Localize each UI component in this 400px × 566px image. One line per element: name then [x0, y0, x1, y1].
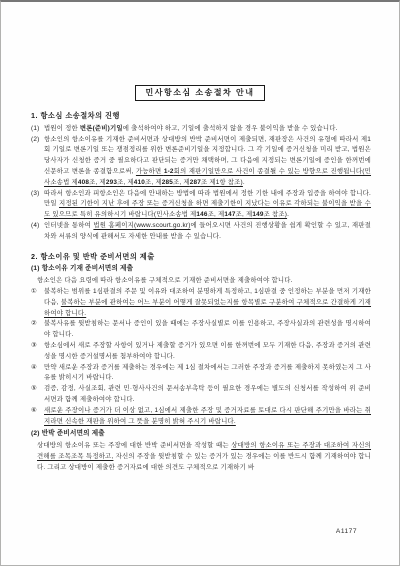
page-number: A1177 — [336, 528, 357, 535]
text-segment: 법원 홈페이지(www.scourt.go.kr) — [93, 222, 190, 229]
paragraph-marker: ⑤ — [31, 384, 37, 395]
paragraph: (2)항소인의 항소이유를 기재한 준비서면과 상대방의 반박 준비서면이 제출… — [31, 135, 371, 189]
document-page: 민사항소심 소송절차 안내 1. 항소심 소송절차의 진행 (1)법원이 정한 … — [0, 0, 400, 566]
paragraph-marker: (4) — [31, 221, 39, 232]
text-segment: 285 — [162, 179, 173, 186]
text-segment: 만약 새로운 주장과 증거를 제출하는 경우에는 제 1심 절차에서는 그러한 … — [44, 364, 371, 382]
title-row: 민사항소심 소송절차 안내 — [1, 82, 399, 101]
text-segment: 인터넷을 통하여 — [44, 222, 93, 229]
text-segment: 조 제1항 참조) — [201, 179, 243, 186]
section-1-heading: 1. 항소심 소송절차의 진행 — [31, 111, 371, 122]
text-segment: 조, 제 — [117, 179, 134, 186]
text-segment: 항소심에서 새로 주장할 사항이 있거나 제출할 증거가 있으면 이를 한꺼번에… — [44, 342, 371, 360]
paragraph-marker: (3) — [31, 189, 39, 200]
text-segment: 287 — [190, 179, 201, 186]
text-segment: 조, 제 — [208, 211, 225, 218]
text-segment: 410 — [134, 179, 145, 186]
text-segment: 147 — [224, 211, 235, 218]
paragraph: ③항소심에서 새로 주장할 사항이 있거나 제출할 증거가 있으면 이를 한꺼번… — [31, 341, 371, 363]
text-segment: 불복사유를 뒷받침하는 문서나 증인이 있을 때에는 주장사실별로 이를 인용하… — [44, 320, 371, 338]
text-segment: 146 — [196, 211, 207, 218]
text-segment: 상대방의 항소이유 또는 주장에 대한 반박 준비서면을 작성할 때는 — [37, 442, 231, 449]
text-segment: 293 — [106, 179, 117, 186]
text-segment: . — [243, 179, 245, 186]
paragraph-marker: ③ — [31, 341, 37, 352]
paragraph-marker: ② — [31, 319, 37, 330]
text-segment: 불복하는 부분에 관하여는 어느 부분이 어떻게 잘못되었는지를 항목별로 구분… — [44, 299, 371, 317]
section-1-paragraphs: (1)법원이 정한 변론(준비)기일에 출석하여야 하고, 기일에 출석하지 않… — [31, 124, 371, 243]
document-title: 민사항소심 소송절차 안내 — [135, 85, 266, 101]
section-2-sub1-heading: (1) 항소이유 기재 준비서면의 제출 — [31, 264, 371, 275]
text-segment: 1-2 — [164, 168, 174, 175]
paragraph: ⑥새로운 주장이나 증거가 더 이상 없고, 1심에서 제출한 주장 및 증거자… — [31, 406, 371, 428]
paragraph-marker: ⑥ — [31, 406, 37, 417]
paragraph: (1)법원이 정한 변론(준비)기일에 출석하여야 하고, 기일에 출석하지 않… — [31, 124, 371, 135]
section-2-sub1-items: ①불복하는 범위를 1심판결의 주문 및 이유와 대조하여 분명하게 특정하고,… — [31, 287, 371, 427]
paragraph: ②불복사유를 뒷받침하는 문서나 증인이 있을 때에는 주장사실별로 이를 인용… — [31, 319, 371, 341]
paragraph: (4)인터넷을 통하여 법원 홈페이지(www.scourt.go.kr)에 들… — [31, 221, 371, 243]
text-segment: 새로운 주장이나 증거가 더 이상 없고, 1심에서 제출한 주장 및 증거자료… — [44, 407, 371, 425]
paragraph: ⑤검증, 감정, 사실조회, 관련 민·형사사건의 문서송부촉탁 등이 필요한 … — [31, 384, 371, 406]
section-2-sub1-intro: 항소인은 다음 요령에 따라 항소이유를 구체적으로 기재한 준비서면을 제출하… — [31, 276, 371, 287]
section-2-sub2-heading: (2) 반박 준비서면의 제출 — [31, 429, 371, 440]
text-segment: 408 — [78, 179, 89, 186]
text-segment: 조 참조) — [264, 211, 287, 218]
paragraph-marker: (1) — [31, 124, 39, 135]
paragraph: ①불복하는 범위를 1심판결의 주문 및 이유와 대조하여 분명하게 특정하고,… — [31, 287, 371, 319]
paragraph-marker: ④ — [31, 363, 37, 374]
text-segment: 조, 제 — [145, 179, 162, 186]
document-body: 1. 항소심 소송절차의 진행 (1)법원이 정한 변론(준비)기일에 출석하여… — [31, 111, 371, 474]
paragraph-marker: (2) — [31, 135, 39, 146]
text-segment: 법원이 정한 — [44, 125, 80, 132]
text-segment: 가능하면 — [136, 168, 164, 175]
text-segment: 149 — [252, 211, 263, 218]
text-segment: 에 출석하여야 하고, 기일에 출석하지 않을 경우 불이익을 받을 수 있습니… — [123, 125, 338, 132]
text-segment: . — [287, 211, 289, 218]
text-segment: 검증, 감정, 사실조회, 관련 민·형사사건의 문서송부촉탁 등이 필요한 경… — [44, 385, 371, 403]
text-segment: 조, 제 — [89, 179, 106, 186]
text-segment: 조, 제 — [173, 179, 190, 186]
paragraph-marker: ① — [31, 287, 37, 298]
text-segment: 변론(준비)기일 — [80, 125, 123, 132]
text-segment: 조, 제 — [236, 211, 253, 218]
paragraph: ④만약 새로운 주장과 증거를 제출하는 경우에는 제 1심 절차에서는 그러한… — [31, 363, 371, 385]
section-2-sub2-paragraph: 상대방의 항소이유 또는 주장에 대한 반박 준비서면을 작성할 때는 상대방의… — [31, 441, 371, 473]
section-2-heading: 2. 항소이유 및 반박 준비서면의 제출 — [31, 252, 371, 263]
paragraph: (3)따라서 항소인과 피항소인은 다음에 안내하는 방법에 따라 법원에서 정… — [31, 189, 371, 221]
